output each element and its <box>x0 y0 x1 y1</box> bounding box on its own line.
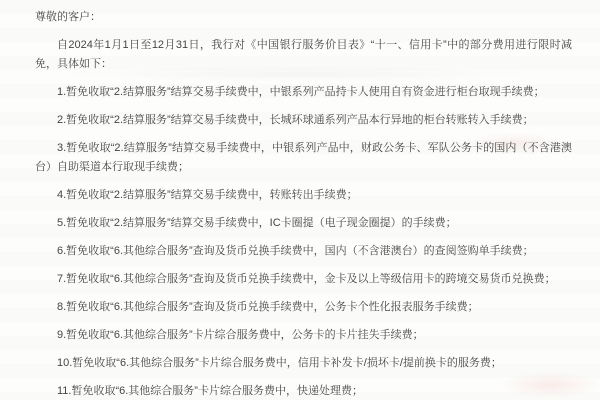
notice-page: { "document": { "greeting": "尊敬的客户：", "i… <box>0 0 600 400</box>
fee-waiver-item-4: 4.暂免收取“2.结算服务”结算交易手续费中，转账转出手续费； <box>35 186 572 205</box>
fee-waiver-item-8: 8.暂免收取“6.其他综合服务”查询及货币兑换手续费中，公务卡个性化报表服务手续… <box>35 298 572 317</box>
fee-waiver-item-1: 1.暂免收取“2.结算服务”结算交易手续费中，中银系列产品持卡人使用自有资金进行… <box>35 83 572 102</box>
fee-waiver-item-6: 6.暂免收取“6.其他综合服务”查询及货币兑换手续费中，国内（不含港澳台）的查阅… <box>35 242 572 261</box>
fee-waiver-item-11: 11.暂免收取“6.其他综合服务”卡片综合服务费中，快递处理费； <box>35 382 572 400</box>
notice-document: 尊敬的客户： 自2024年1月1日至12月31日，我行对《中国银行服务价目表》“… <box>0 0 600 400</box>
fee-waiver-item-7: 7.暂免收取“6.其他综合服务”查询及货币兑换手续费中，金卡及以上等级信用卡的跨… <box>35 270 572 289</box>
greeting-line: 尊敬的客户： <box>35 8 572 27</box>
fee-waiver-item-5: 5.暂免收取“2.结算服务”结算交易手续费中，IC卡圈提（电子现金圈提）的手续费… <box>35 214 572 233</box>
fee-waiver-item-9: 9.暂免收取“6.其他综合服务”卡片综合服务费中，公务卡的卡片挂失手续费； <box>35 326 572 345</box>
fee-waiver-item-10: 10.暂免收取“6.其他综合服务”卡片综合服务费中，信用卡补发卡/损坏卡/提前换… <box>35 354 572 373</box>
intro-paragraph: 自2024年1月1日至12月31日，我行对《中国银行服务价目表》“十一、信用卡”… <box>35 36 572 74</box>
fee-waiver-item-2: 2.暂免收取“2.结算服务”结算交易手续费中，长城环球通系列产品本行异地的柜台转… <box>35 111 572 130</box>
fee-waiver-item-3: 3.暂免收取“2.结算服务”结算交易手续费中，中银系列产品中，财政公务卡、军队公… <box>35 139 572 177</box>
